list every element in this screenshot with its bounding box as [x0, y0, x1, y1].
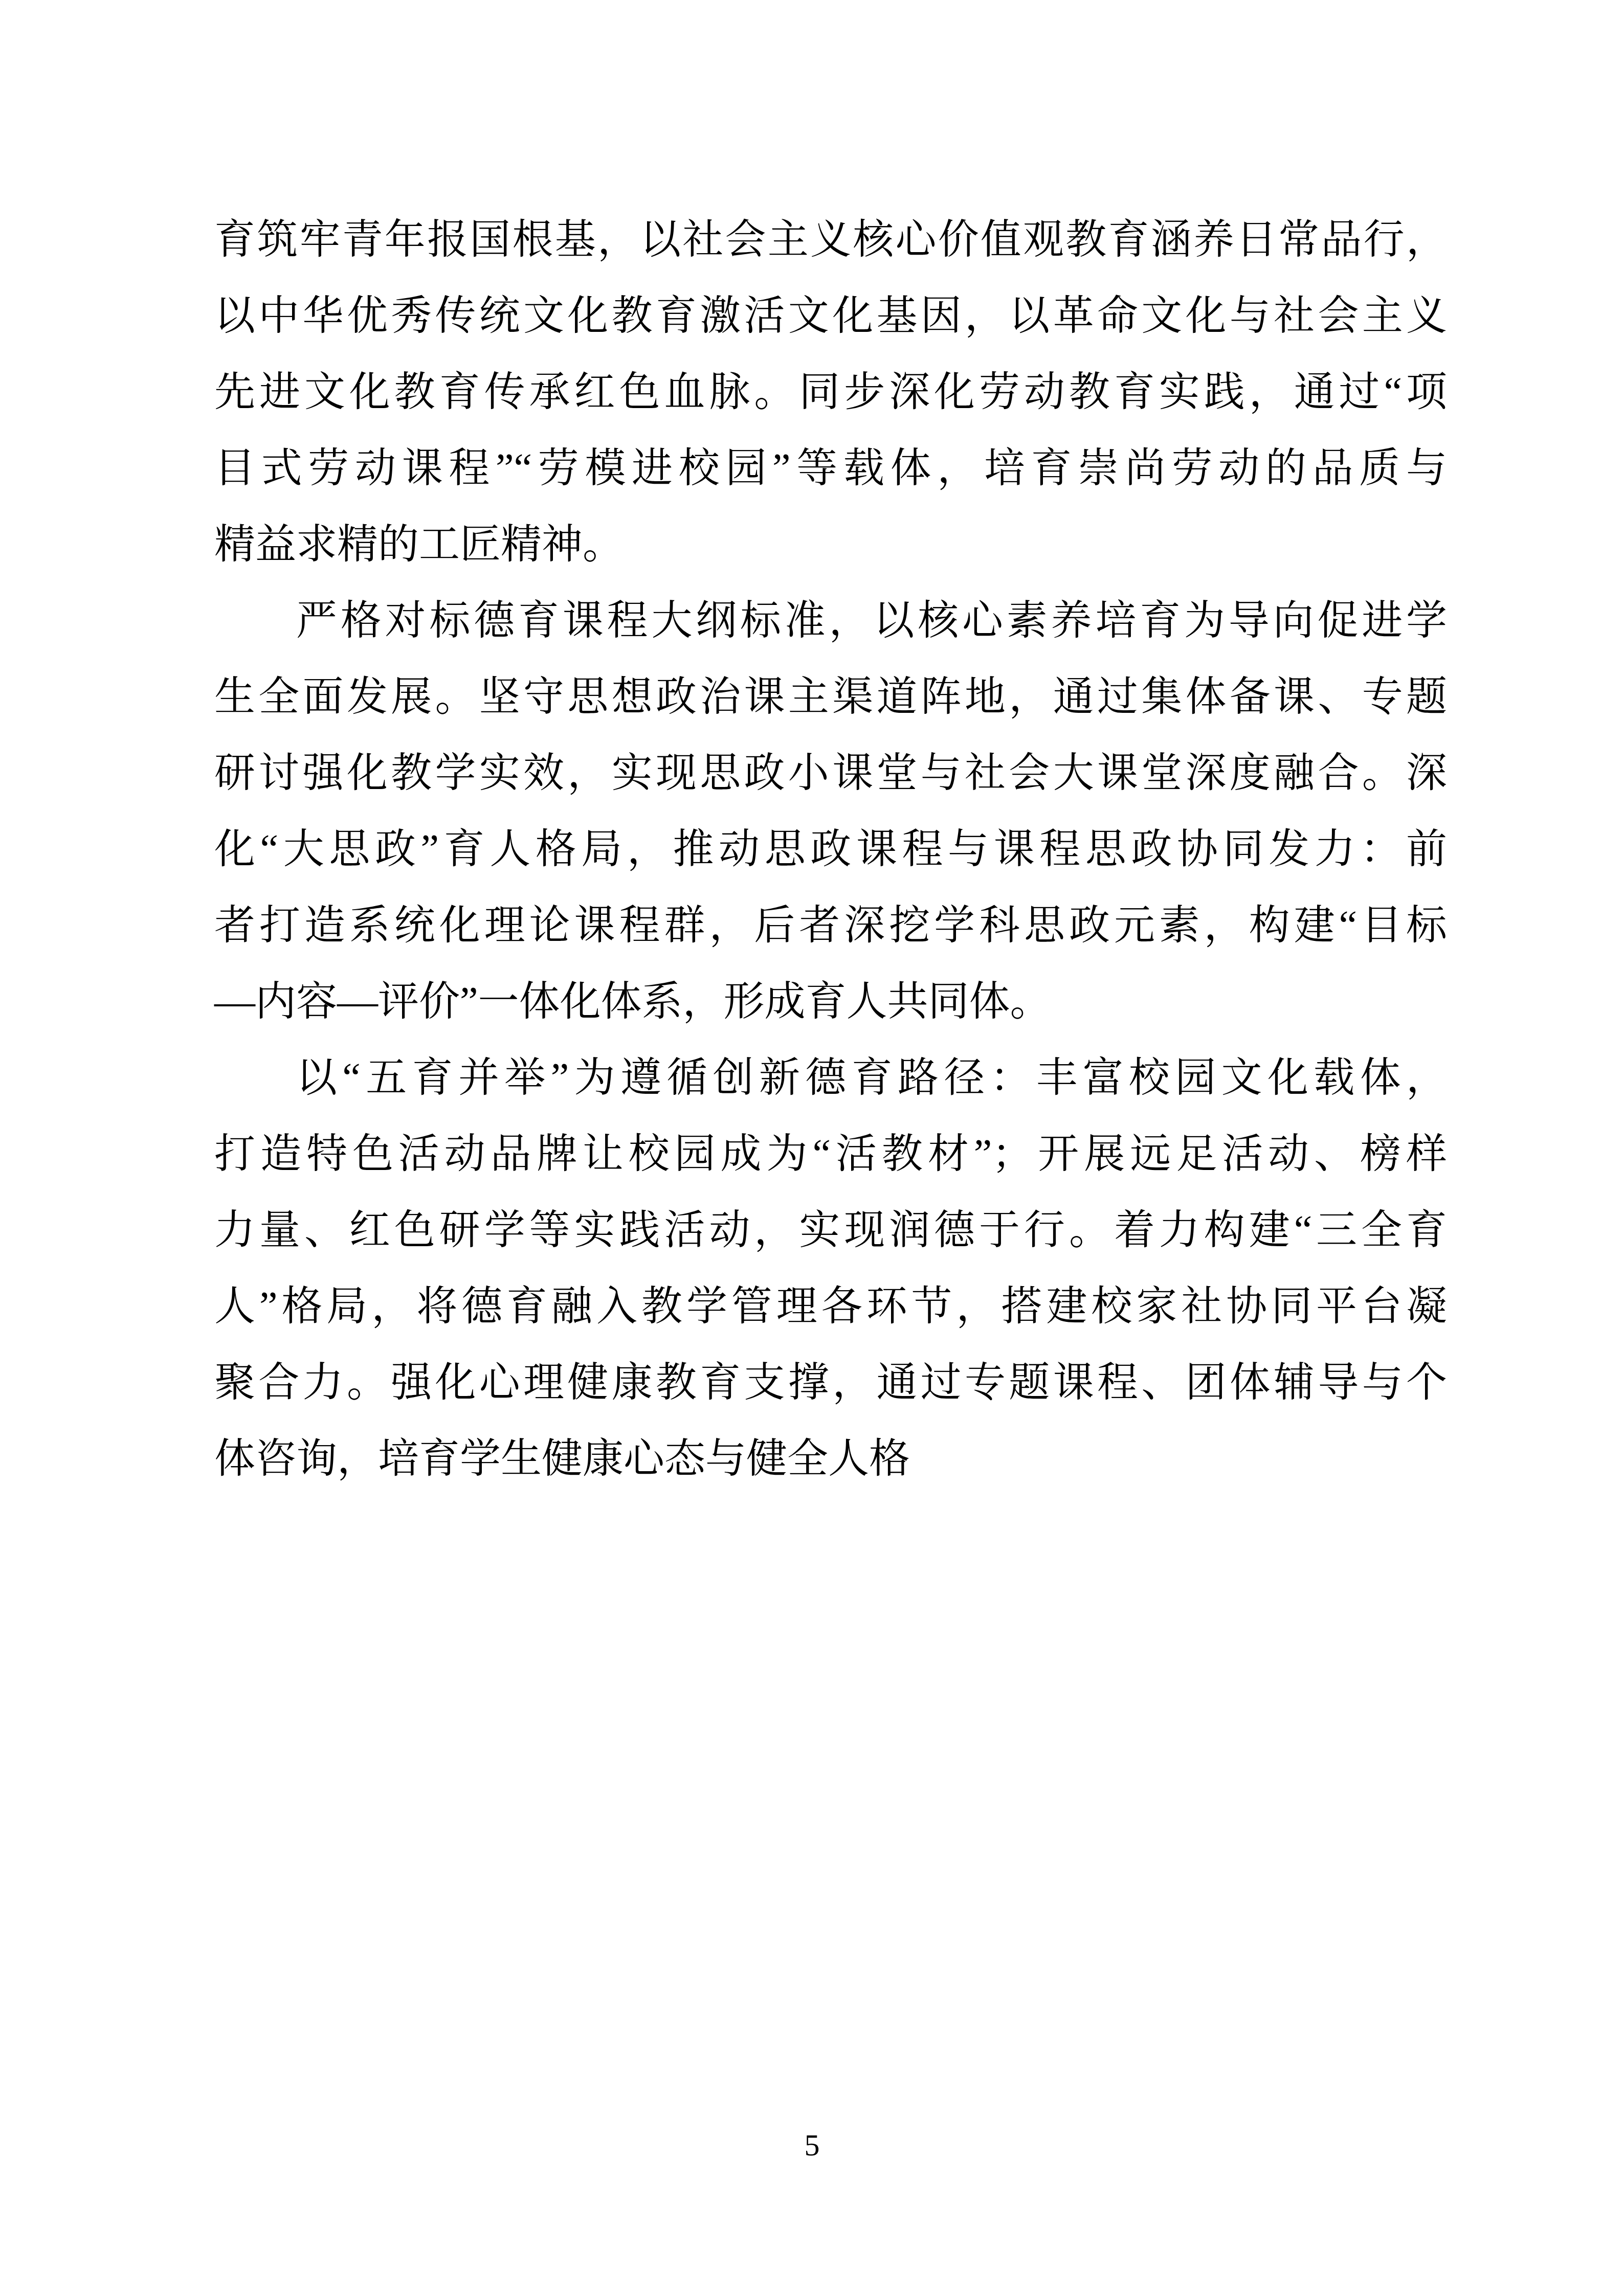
text-line: 研讨强化教学实效，实现思政小课堂与社会大课堂深度融合。深	[214, 735, 1447, 812]
text-line: 精益求精的工匠精神。	[214, 507, 1447, 583]
text-line: 育筑牢青年报国根基，以社会主义核心价值观教育涵养日常品行，	[214, 202, 1447, 278]
text-line: 聚合力。强化心理健康教育支撑，通过专题课程、团体辅导与个	[214, 1345, 1447, 1421]
text-line: 目式劳动课程”“劳模进校园”等载体，培育崇尚劳动的品质与	[214, 431, 1447, 507]
text-block: 育筑牢青年报国根基，以社会主义核心价值观教育涵养日常品行，以中华优秀传统文化教育…	[214, 202, 1447, 1497]
text-line: 生全面发展。坚守思想政治课主渠道阵地，通过集体备课、专题	[214, 659, 1447, 735]
text-line: 以“五育并举”为遵循创新德育路径：丰富校园文化载体，	[214, 1040, 1447, 1116]
text-line: 先进文化教育传承红色血脉。同步深化劳动教育实践，通过“项	[214, 354, 1447, 431]
page-footer: 5	[0, 2127, 1624, 2163]
page-number: 5	[805, 2128, 820, 2162]
text-line: 人”格局，将德育融入教学管理各环节，搭建校家社协同平台凝	[214, 1269, 1447, 1345]
text-line: 化“大思政”育人格局，推动思政课程与课程思政协同发力：前	[214, 812, 1447, 888]
text-line: 打造特色活动品牌让校园成为“活教材”；开展远足活动、榜样	[214, 1116, 1447, 1192]
text-line: 者打造系统化理论课程群，后者深挖学科思政元素，构建“目标	[214, 888, 1447, 964]
text-line: 力量、红色研学等实践活动，实现润德于行。着力构建“三全育	[214, 1192, 1447, 1269]
text-line: —内容—评价”一体化体系，形成育人共同体。	[214, 964, 1447, 1040]
text-line: 严格对标德育课程大纲标准，以核心素养培育为导向促进学	[214, 583, 1447, 659]
document-page: 育筑牢青年报国根基，以社会主义核心价值观教育涵养日常品行，以中华优秀传统文化教育…	[0, 0, 1624, 2296]
text-line: 以中华优秀传统文化教育激活文化基因，以革命文化与社会主义	[214, 278, 1447, 354]
text-line: 体咨询，培育学生健康心态与健全人格	[214, 1421, 1447, 1497]
